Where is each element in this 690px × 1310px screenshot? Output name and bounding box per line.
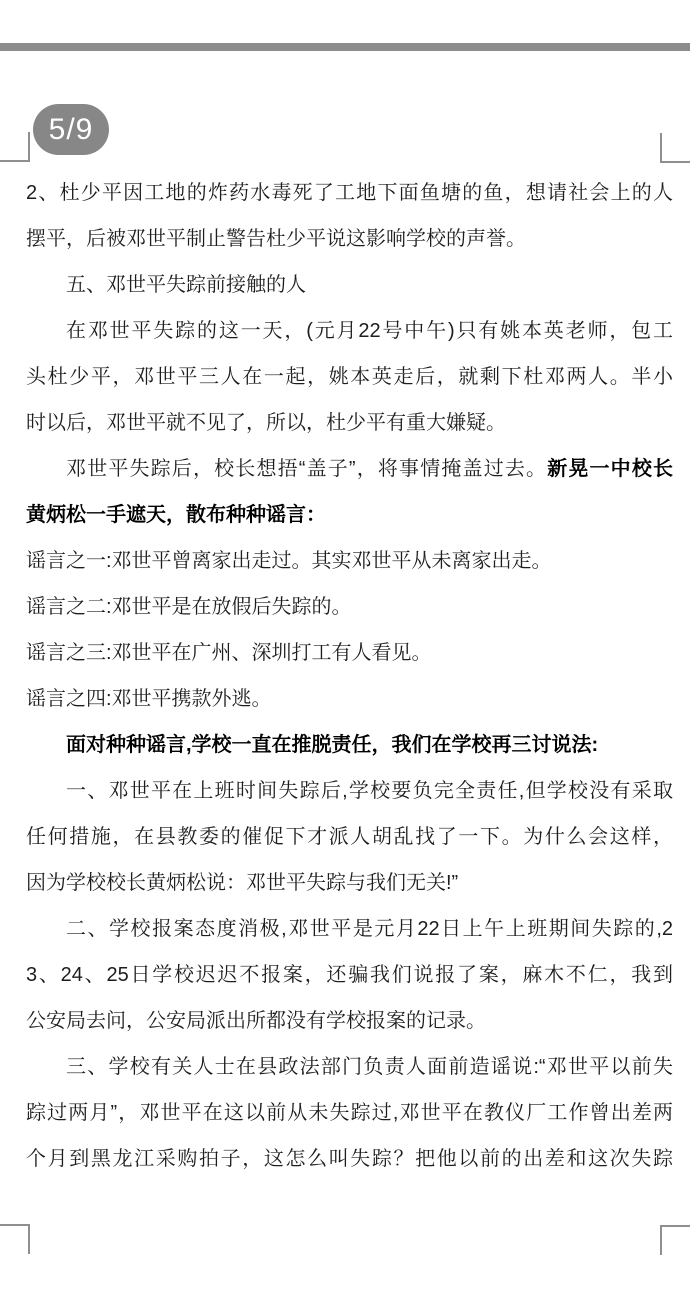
document-viewer[interactable]: 5/9 2、杜少平因工地的炸药水毒死了工地下面鱼塘的鱼，想请社会上的人摆平，后被… xyxy=(0,0,690,1310)
text-line: 谣言之四:邓世平携款外逃。 xyxy=(26,676,673,722)
text-segment: 谣言之三:邓世平在广州、深圳打工有人看见。 xyxy=(26,642,432,664)
text-segment: 时以后，邓世平就不见了，所以，杜少平有重大嫌疑。 xyxy=(26,412,506,434)
page-corner-top-left-icon xyxy=(0,132,30,162)
text-segment: 摆平，后被邓世平制止警告杜少平说这影响学校的声誉。 xyxy=(26,228,526,250)
text-segment: 踪过两月”，邓世平在这以前从未失踪过,邓世平在教仪厂工作曾出差两 xyxy=(26,1102,673,1124)
text-line: 头杜少平，邓世平三人在一起，姚本英走后，就剩下杜邓两人。半小 xyxy=(26,354,673,400)
text-segment: 公安局去问，公安局派出所都没有学校报案的记录。 xyxy=(26,1010,486,1032)
text-segment: 面对种种谣言,学校一直在推脱责任，我们在学校再三讨说法: xyxy=(66,734,598,756)
text-line: 2、杜少平因工地的炸药水毒死了工地下面鱼塘的鱼，想请社会上的人 xyxy=(26,170,673,216)
text-segment: 谣言之一:邓世平曾离家出走过。其实邓世平从未离家出走。 xyxy=(26,550,552,572)
text-line: 时以后，邓世平就不见了，所以，杜少平有重大嫌疑。 xyxy=(26,400,673,446)
text-line: 在邓世平失踪的这一天，(元月22号中午)只有姚本英老师，包工 xyxy=(26,308,673,354)
text-segment: 五、邓世平失踪前接触的人 xyxy=(66,274,306,296)
text-segment: 因为学校校长黄炳松说：邓世平失踪与我们无关!” xyxy=(26,872,458,894)
text-segment: 谣言之二:邓世平是在放假后失踪的。 xyxy=(26,596,352,618)
text-segment: 在邓世平失踪的这一天，(元月22号中午)只有姚本英老师，包工 xyxy=(66,320,673,342)
text-line: 谣言之二:邓世平是在放假后失踪的。 xyxy=(26,584,673,630)
page-corner-bottom-left-icon xyxy=(0,1224,30,1254)
page-corner-top-right-icon xyxy=(660,133,690,163)
text-line: 个月到黑龙江采购拍子，这怎么叫失踪？把他以前的出差和这次失踪 xyxy=(26,1136,673,1182)
text-segment: 头杜少平，邓世平三人在一起，姚本英走后，就剩下杜邓两人。半小 xyxy=(26,366,673,388)
document-page: 2、杜少平因工地的炸药水毒死了工地下面鱼塘的鱼，想请社会上的人摆平，后被邓世平制… xyxy=(0,170,690,1182)
text-segment: 三、学校有关人士在县政法部门负责人面前造谣说:“邓世平以前失 xyxy=(66,1056,673,1078)
text-line: 谣言之一:邓世平曾离家出走过。其实邓世平从未离家出走。 xyxy=(26,538,673,584)
text-line: 3、24、25日学校迟迟不报案，还骗我们说报了案，麻木不仁，我到 xyxy=(26,952,673,998)
bold-text-segment: 新晃一中校长 xyxy=(547,458,673,480)
text-line: 任何措施，在县教委的催促下才派人胡乱找了一下。为什么会这样， xyxy=(26,814,673,860)
text-line: 三、学校有关人士在县政法部门负责人面前造谣说:“邓世平以前失 xyxy=(26,1044,673,1090)
page-corner-bottom-right-icon xyxy=(660,1225,690,1255)
text-segment: 谣言之四:邓世平携款外逃。 xyxy=(26,688,272,710)
text-line: 黄炳松一手遮天，散布种种谣言： xyxy=(26,492,673,538)
text-line: 摆平，后被邓世平制止警告杜少平说这影响学校的声誉。 xyxy=(26,216,673,262)
text-line: 五、邓世平失踪前接触的人 xyxy=(26,262,673,308)
text-line: 公安局去问，公安局派出所都没有学校报案的记录。 xyxy=(26,998,673,1044)
text-segment: 邓世平失踪后，校长想捂“盖子”，将事情掩盖过去。 xyxy=(66,458,547,480)
text-line: 一、邓世平在上班时间失踪后,学校要负完全责任,但学校没有采取 xyxy=(26,768,673,814)
text-segment: 黄炳松一手遮天，散布种种谣言： xyxy=(26,504,326,526)
text-line: 因为学校校长黄炳松说：邓世平失踪与我们无关!” xyxy=(26,860,673,906)
text-line: 二、学校报案态度消极,邓世平是元月22日上午上班期间失踪的,2 xyxy=(26,906,673,952)
text-segment: 2、杜少平因工地的炸药水毒死了工地下面鱼塘的鱼，想请社会上的人 xyxy=(26,182,673,204)
page-number-label: 5/9 xyxy=(49,113,94,147)
text-line: 踪过两月”，邓世平在这以前从未失踪过,邓世平在教仪厂工作曾出差两 xyxy=(26,1090,673,1136)
text-segment: 二、学校报案态度消极,邓世平是元月22日上午上班期间失踪的,2 xyxy=(66,918,673,940)
text-segment: 一、邓世平在上班时间失踪后,学校要负完全责任,但学校没有采取 xyxy=(66,780,673,802)
text-line: 面对种种谣言,学校一直在推脱责任，我们在学校再三讨说法: xyxy=(26,722,673,768)
text-line: 谣言之三:邓世平在广州、深圳打工有人看见。 xyxy=(26,630,673,676)
page-number-badge: 5/9 xyxy=(33,104,109,155)
text-line: 邓世平失踪后，校长想捂“盖子”，将事情掩盖过去。新晃一中校长 xyxy=(26,446,673,492)
page-separator-bar xyxy=(0,43,690,51)
text-segment: 任何措施，在县教委的催促下才派人胡乱找了一下。为什么会这样， xyxy=(26,826,673,848)
text-segment: 3、24、25日学校迟迟不报案，还骗我们说报了案，麻木不仁，我到 xyxy=(26,964,673,986)
text-segment: 个月到黑龙江采购拍子，这怎么叫失踪？把他以前的出差和这次失踪 xyxy=(26,1148,673,1170)
